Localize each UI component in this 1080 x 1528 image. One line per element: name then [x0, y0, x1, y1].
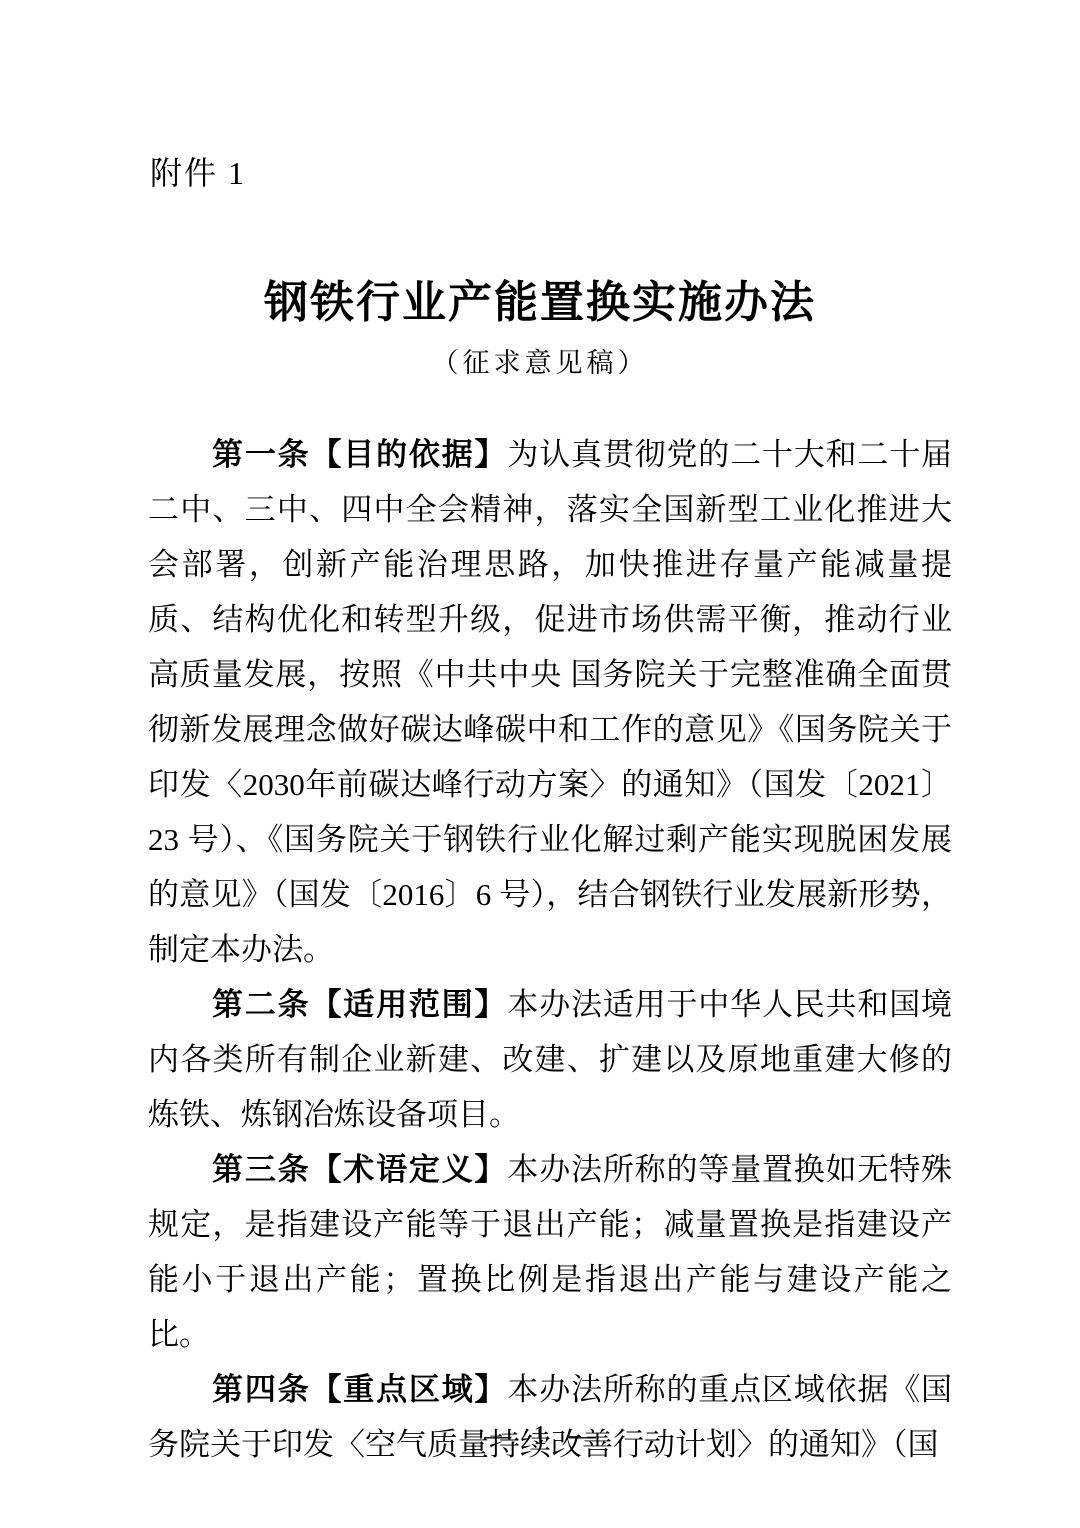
document-page: 附件 1 钢铁行业产能置换实施办法 （征求意见稿） 第一条【目的依据】为认真贯彻…	[0, 0, 1080, 1528]
article-1-header: 第一条【目的依据】	[212, 437, 507, 472]
article-4-header: 第四条【重点区域】	[212, 1372, 507, 1407]
paragraph-article-3: 第三条【术语定义】本办法所称的等量置换如无特殊规定，是指建设产能等于退出产能；减…	[148, 1142, 952, 1362]
attachment-label: 附件 1	[150, 148, 246, 194]
article-2-header: 第二条【适用范围】	[212, 987, 507, 1022]
page-number: 1	[533, 1420, 547, 1450]
page-footer: —1—	[0, 1420, 1080, 1451]
document-subtitle: （征求意见稿）	[0, 341, 1080, 380]
paragraph-article-2: 第二条【适用范围】本办法适用于中华人民共和国境内各类所有制企业新建、改建、扩建以…	[148, 977, 952, 1142]
document-body: 第一条【目的依据】为认真贯彻党的二十大和二十届二中、三中、四中全会精神，落实全国…	[148, 427, 952, 1472]
document-title: 钢铁行业产能置换实施办法	[0, 266, 1080, 330]
article-3-header: 第三条【术语定义】	[212, 1152, 507, 1187]
footer-dash-right: —	[569, 1420, 596, 1451]
paragraph-article-1: 第一条【目的依据】为认真贯彻党的二十大和二十届二中、三中、四中全会精神，落实全国…	[148, 427, 952, 977]
paragraph-article-4: 第四条【重点区域】本办法所称的重点区域依据《国务院关于印发〈空气质量持续改善行动…	[148, 1362, 952, 1472]
article-1-text: 为认真贯彻党的二十大和二十届二中、三中、四中全会精神，落实全国新型工业化推进大会…	[148, 437, 952, 967]
footer-dash-left: —	[484, 1420, 511, 1451]
